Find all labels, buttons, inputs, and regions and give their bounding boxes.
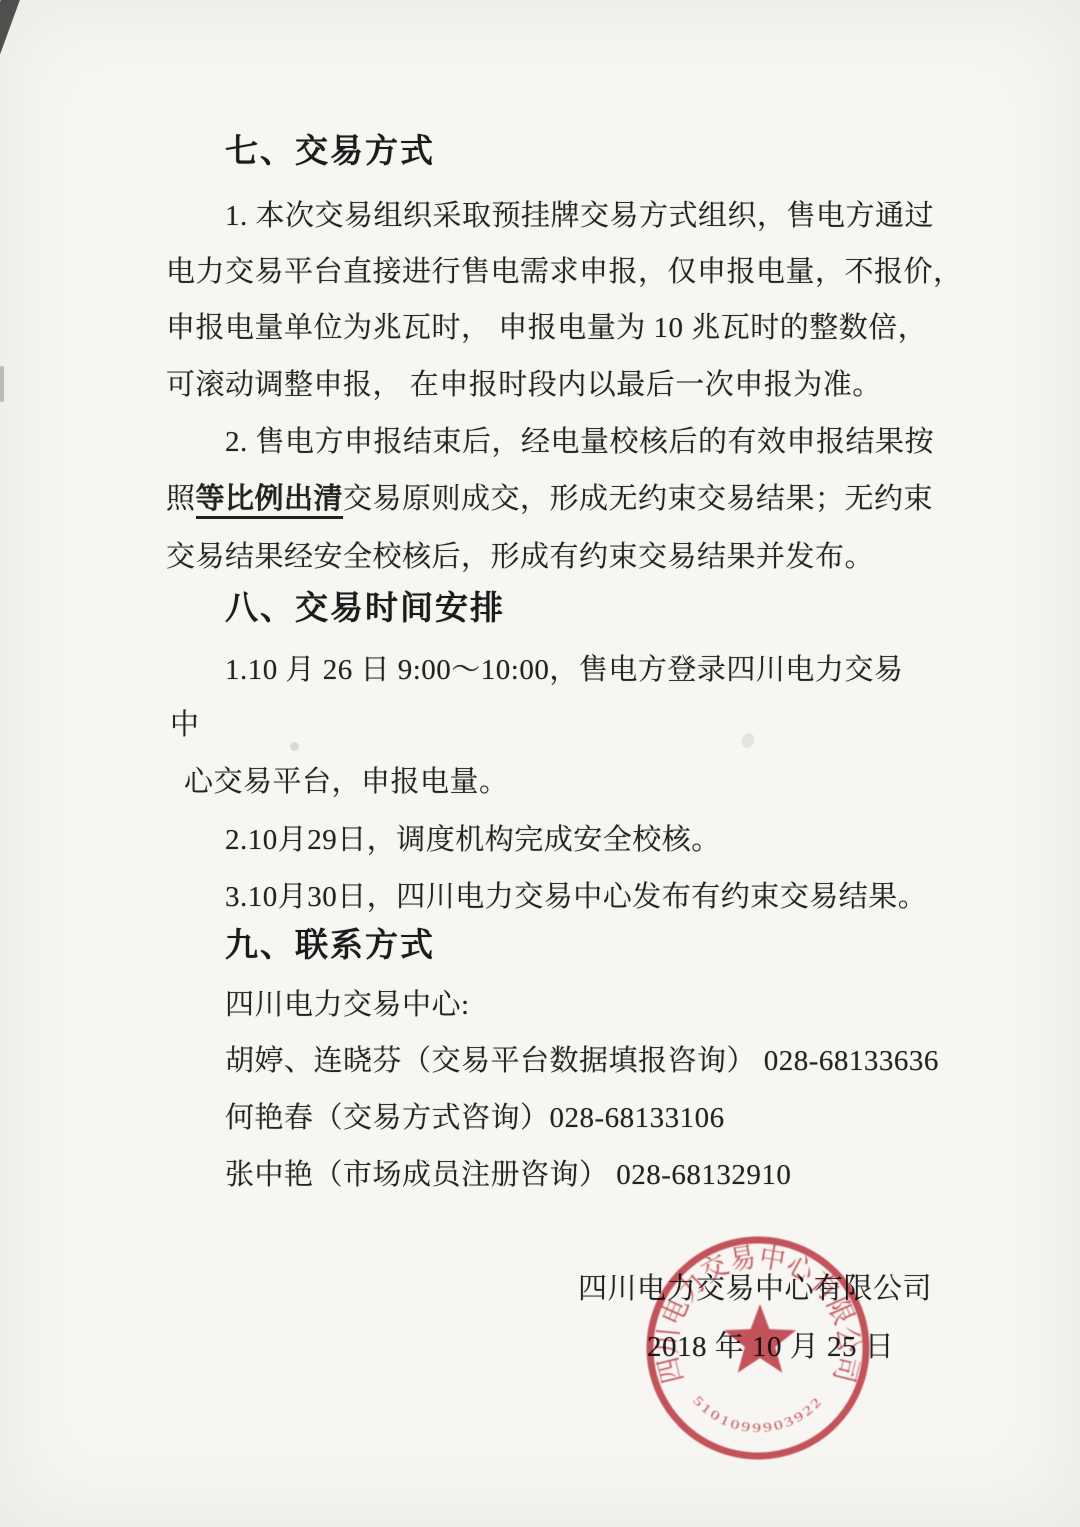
- body-line: 电力交易平台直接进行售电需求申报，仅申报电量，不报价，: [166, 255, 963, 289]
- section-heading-trading-method: 七、交易方式: [225, 134, 435, 168]
- body-text: 交易原则成交，形成无约束交易结果；无约束: [343, 483, 933, 515]
- body-line: 心交易平台，申报电量。: [184, 765, 509, 799]
- section-heading-contact-info: 九、联系方式: [225, 928, 435, 962]
- svg-text:5101099903922: 5101099903922: [690, 1393, 826, 1435]
- section-heading-trading-schedule: 八、交易时间安排: [225, 591, 505, 625]
- body-line: 可滚动调整申报， 在申报时段内以最后一次申报为准。: [166, 368, 882, 402]
- scan-speck: [290, 742, 299, 751]
- body-line: 申报电量单位为兆瓦时， 申报电量为 10 兆瓦时的整数倍，: [166, 311, 927, 345]
- body-line: 3.10月30日，四川电力交易中心发布有约束交易结果。: [225, 880, 927, 914]
- body-line: 照等比例出清交易原则成交，形成无约束交易结果；无约束: [166, 482, 933, 516]
- company-seal: 四川电力交易中心有限公司 5101099903922: [638, 1228, 878, 1468]
- contact-line: 胡婷、连晓芬（交易平台数据填报咨询） 028-68133636: [225, 1044, 939, 1078]
- body-line: 中: [170, 708, 200, 742]
- body-line: 交易结果经安全校核后，形成有约束交易结果并发布。: [166, 540, 874, 574]
- body-line: 四川电力交易中心:: [225, 988, 470, 1022]
- seal-serial-number: 5101099903922: [690, 1393, 826, 1435]
- contact-line: 何艳春（交易方式咨询）028-68133106: [225, 1101, 725, 1135]
- body-line: 1. 本次交易组织采取预挂牌交易方式组织，售电方通过: [225, 199, 934, 233]
- scan-speck: [739, 731, 756, 750]
- body-text: 照: [166, 483, 196, 515]
- seal-star-icon: [724, 1304, 796, 1373]
- body-line: 2.10月29日，调度机构完成安全校核。: [225, 823, 721, 857]
- scanned-document-page: 七、交易方式 1. 本次交易组织采取预挂牌交易方式组织，售电方通过 电力交易平台…: [0, 0, 1080, 1527]
- body-line: 1.10 月 26 日 9:00～10:00，售电方登录四川电力交易: [225, 653, 903, 687]
- emphasized-underlined-text: 等比例出清: [196, 483, 344, 519]
- body-line: 2. 售电方申报结束后，经电量校核后的有效申报结果按: [225, 425, 934, 459]
- scan-edge-artifact: [0, 366, 4, 402]
- scan-corner-artifact: [0, 0, 24, 57]
- contact-line: 张中艳（市场成员注册咨询） 028-68132910: [225, 1158, 791, 1192]
